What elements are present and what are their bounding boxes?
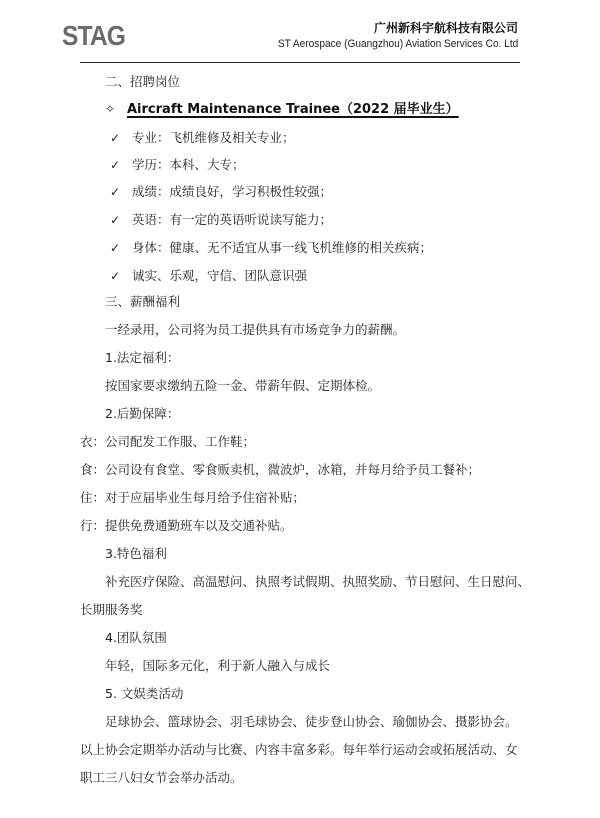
company-name-en: ST Aerospace (Guangzhou) Aviation Servic… <box>278 36 518 52</box>
company-name-cn: 广州新科宇航科技有限公司 <box>257 20 518 36</box>
recreation-text-line2: 以上协会定期举办活动与比赛、内容丰富多彩。每年举行运动会或拓展活动、女 <box>80 741 518 759</box>
section-heading-benefits: 三、薪酬福利 <box>105 293 180 311</box>
checkmark-icon: ✓ <box>110 211 132 229</box>
requirement-text: 身体：健康、无不适宜从事一线飞机维修的相关疾病； <box>132 240 432 255</box>
logistics-item-food: 食：公司设有食堂、零食贩卖机，微波炉，冰箱，并每月给予员工餐补； <box>80 461 480 479</box>
statutory-benefits-text: 按国家要求缴纳五险一金、带薪年假、定期体检。 <box>105 377 380 395</box>
recreation-text-line3: 职工三八妇女节会举办活动。 <box>80 769 243 787</box>
special-benefits-text-line2: 长期服务奖 <box>80 601 143 619</box>
team-atmosphere-heading: 4.团队氛围 <box>105 629 167 647</box>
logistics-item-clothing: 衣：公司配发工作服、工作鞋； <box>80 433 255 451</box>
requirement-text: 成绩：成绩良好，学习积极性较强； <box>132 184 332 199</box>
requirement-text: 学历：本科、大专； <box>132 157 245 172</box>
special-benefits-text-line1: 补充医疗保险、高温慰问、执照考试假期、执照奖励、节日慰问、生日慰问、 <box>105 573 530 591</box>
checkmark-icon: ✓ <box>110 156 132 174</box>
requirement-text: 英语：有一定的英语听说读写能力； <box>132 212 332 227</box>
requirement-item: ✓专业：飞机维修及相关专业； <box>110 129 295 147</box>
logistics-heading: 2.后勤保障： <box>105 405 179 423</box>
checkmark-icon: ✓ <box>110 183 132 201</box>
special-benefits-heading: 3.特色福利 <box>105 545 167 563</box>
benefits-intro: 一经录用，公司将为员工提供具有市场竞争力的薪酬。 <box>105 321 405 339</box>
team-atmosphere-text: 年轻，国际多元化，利于新人融入与成长 <box>105 657 330 675</box>
logistics-item-transport: 行：提供免费通勤班车以及交通补贴。 <box>80 517 293 535</box>
checkmark-icon: ✓ <box>110 129 132 147</box>
section-heading-recruitment: 二、招聘岗位 <box>105 73 180 91</box>
requirement-item: ✓诚实、乐观，守信、团队意识强 <box>110 267 307 285</box>
requirement-item: ✓身体：健康、无不适宜从事一线飞机维修的相关疾病； <box>110 239 432 257</box>
recreation-heading: 5. 文娱类活动 <box>105 685 183 703</box>
document-page: STAG 广州新科宇航科技有限公司 ST Aerospace (Guangzho… <box>0 0 600 818</box>
position-title-row: ✧Aircraft Maintenance Trainee（2022 届毕业生） <box>105 100 459 119</box>
checkmark-icon: ✓ <box>110 267 132 285</box>
checkmark-icon: ✓ <box>110 239 132 257</box>
company-logo: STAG <box>62 20 125 52</box>
sparkle-diamond-icon: ✧ <box>105 100 127 118</box>
requirement-text: 专业：飞机维修及相关专业； <box>132 130 295 145</box>
position-title: Aircraft Maintenance Trainee（2022 届毕业生） <box>127 102 459 117</box>
logistics-item-housing: 住：对于应届毕业生每月给予住宿补贴； <box>80 489 305 507</box>
requirement-item: ✓英语：有一定的英语听说读写能力； <box>110 211 332 229</box>
company-name-block: 广州新科宇航科技有限公司 ST Aerospace (Guangzhou) Av… <box>257 20 518 52</box>
header-divider <box>80 62 520 63</box>
requirement-text: 诚实、乐观，守信、团队意识强 <box>132 268 307 283</box>
statutory-benefits-heading: 1.法定福利： <box>105 349 179 367</box>
requirement-item: ✓成绩：成绩良好，学习积极性较强； <box>110 183 332 201</box>
recreation-text-line1: 足球协会、篮球协会、羽毛球协会、徒步登山协会、瑜伽协会、摄影协会。 <box>105 713 518 731</box>
requirement-item: ✓学历：本科、大专； <box>110 156 245 174</box>
